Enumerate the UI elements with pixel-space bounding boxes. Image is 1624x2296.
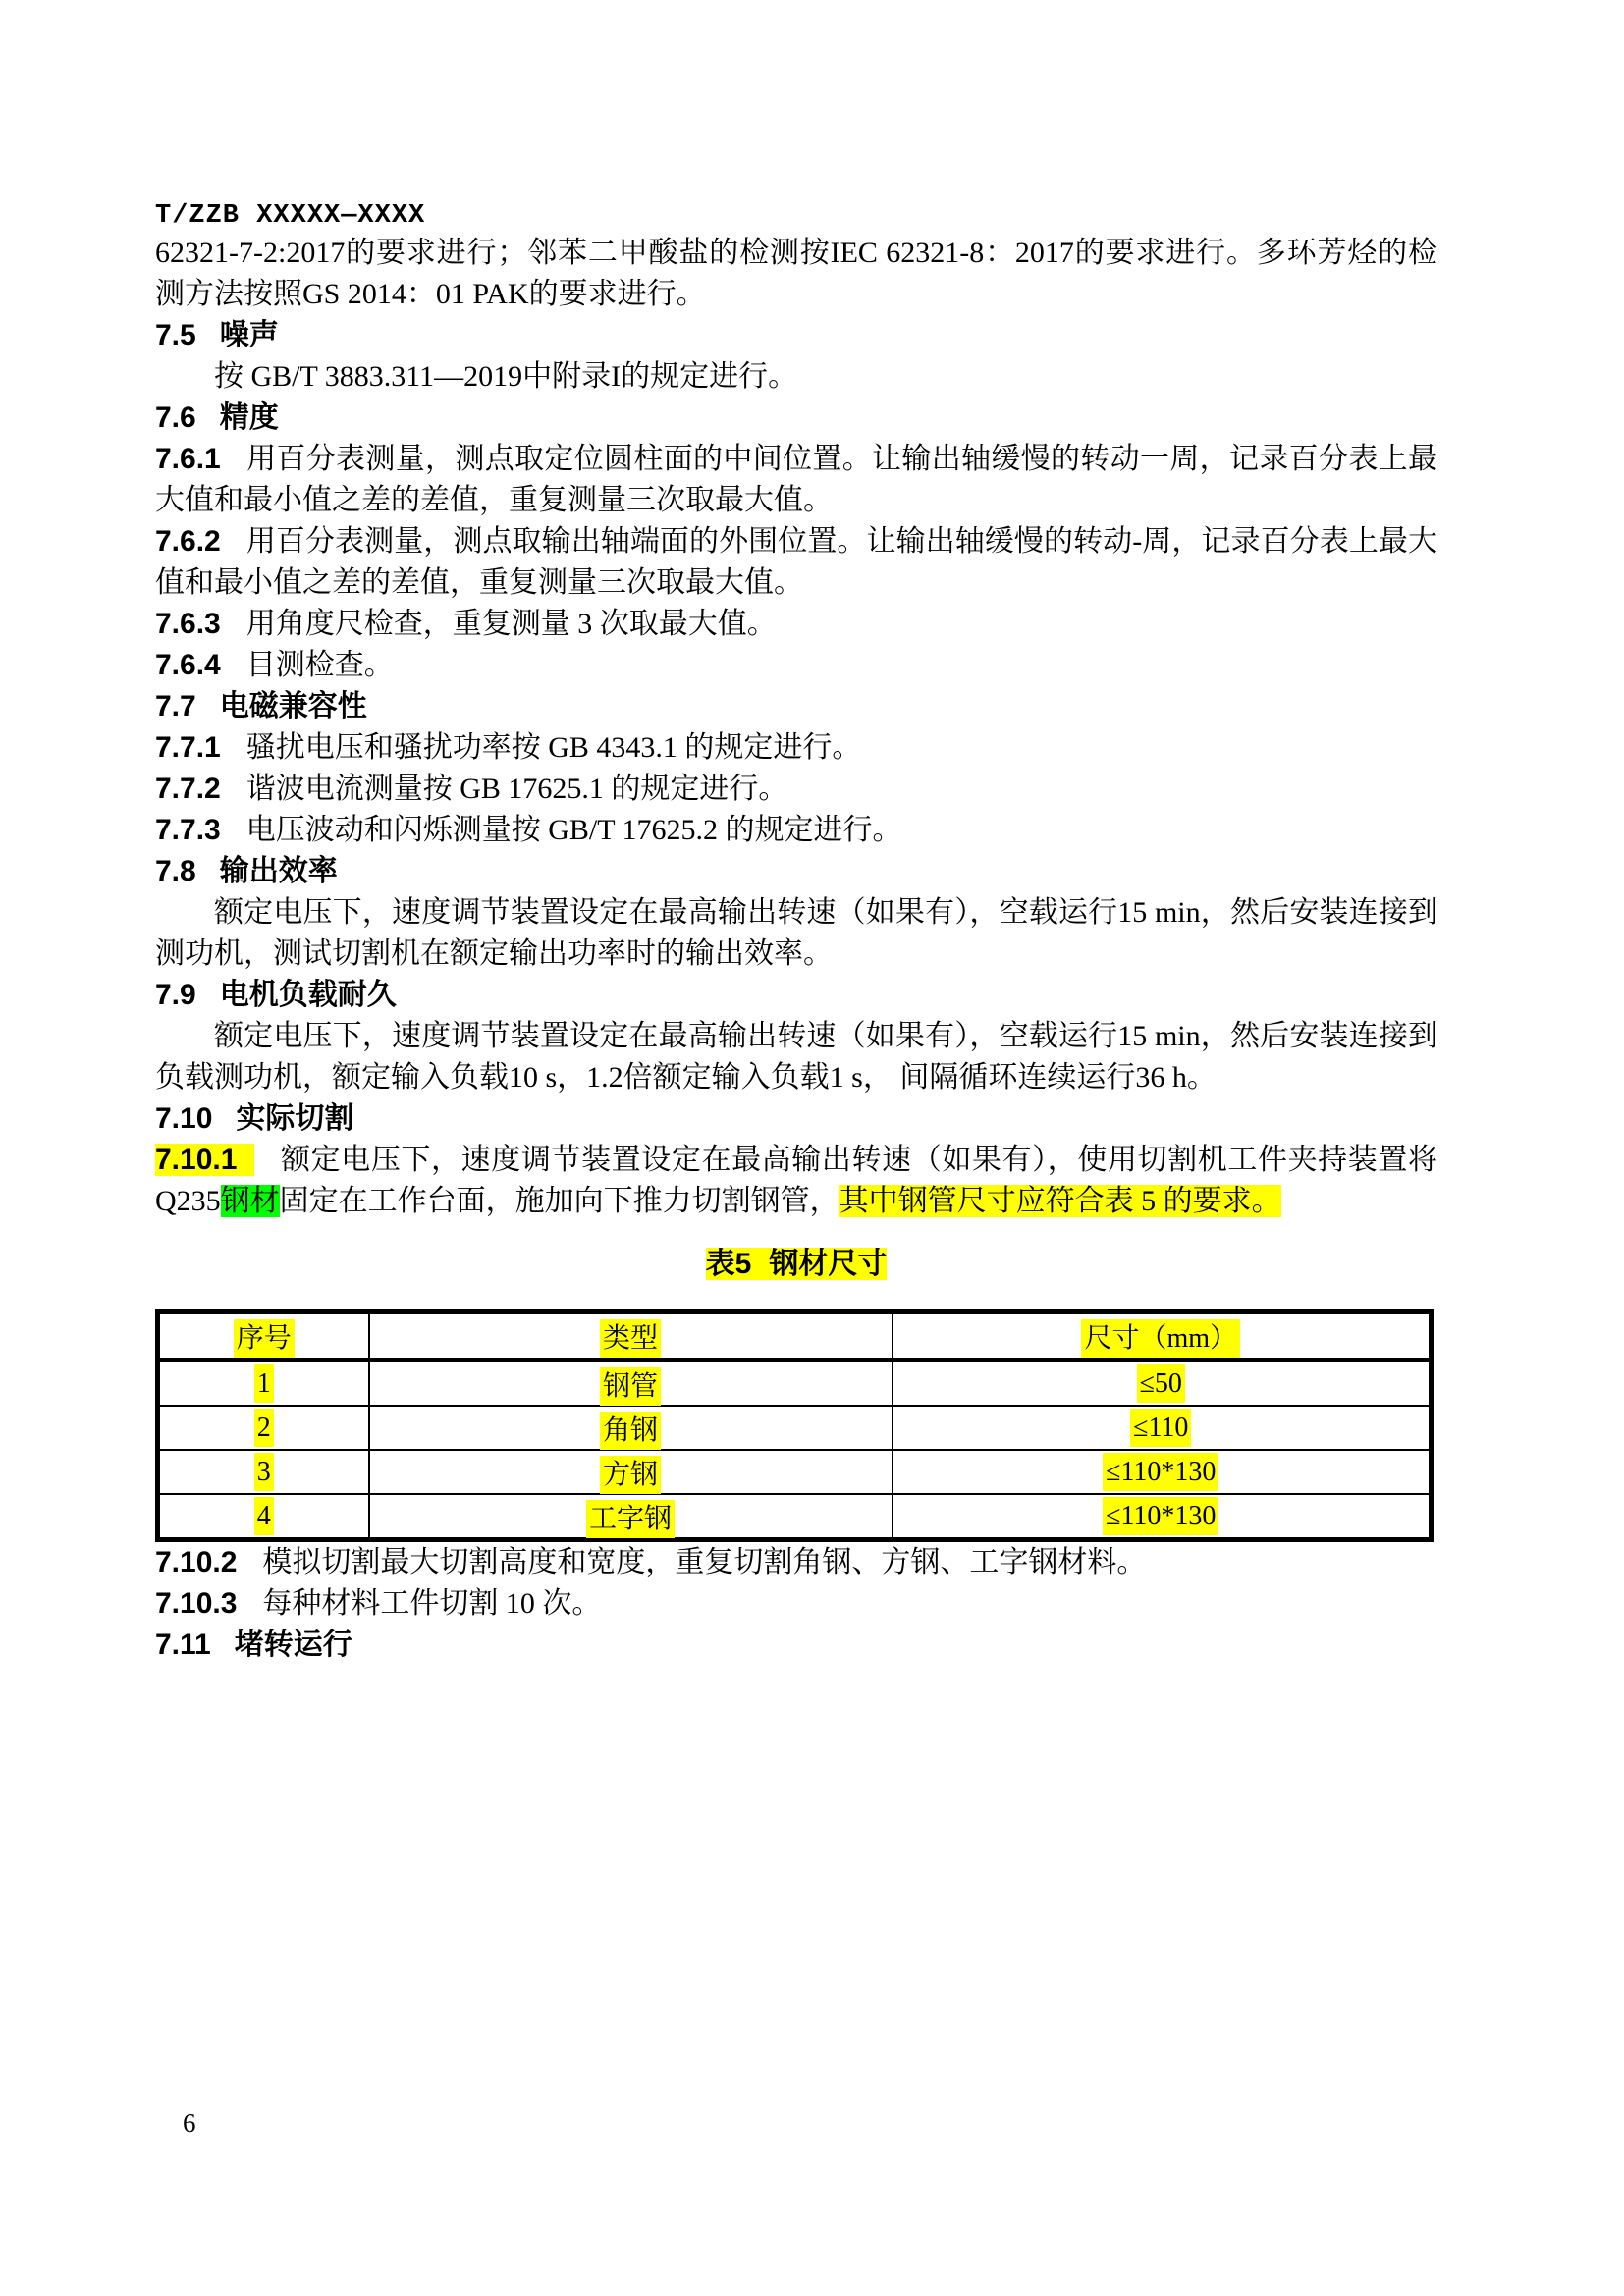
clause-text: 目测检查。 <box>246 649 394 681</box>
section-title: 电磁兼容性 <box>220 690 367 722</box>
table-cell: 4 <box>158 1494 369 1540</box>
clause-7-7-2: 7.7.2谐波电流测量按 GB 17625.1 的规定进行。 <box>155 769 1437 810</box>
document-page: T/ZZB XXXXX—XXXX 62321-7-2:2017的要求进行；邻苯二… <box>0 0 1624 2296</box>
section-title: 精度 <box>220 401 279 434</box>
clause-7-6-3: 7.6.3用角度尺检查，重复测量 3 次取最大值。 <box>155 604 1437 645</box>
clause-text: 骚扰电压和骚扰功率按 GB 4343.1 的规定进行。 <box>246 731 862 764</box>
table-row: 1 钢管 ≤50 <box>158 1361 1432 1407</box>
section-number: 7.6 <box>155 401 196 434</box>
clause-7-10-2: 7.10.2模拟切割最大切割高度和宽度，重复切割角钢、方钢、工字钢材料。 <box>155 1542 1437 1583</box>
clause-text: 用百分表测量，测点取定位圆柱面的中间位置。让输出轴缓慢的转动一周，记录百分表上最… <box>155 443 1437 516</box>
clause-7-10-1: 7.10.1额定电压下，速度调节装置设定在最高输出转速（如果有），使用切割机工件… <box>155 1140 1437 1222</box>
table-cell: 方钢 <box>369 1450 893 1494</box>
clause-7-7-3: 7.7.3电压波动和闪烁测量按 GB/T 17625.2 的规定进行。 <box>155 810 1437 851</box>
section-heading-7-5: 7.5噪声 <box>155 315 1437 356</box>
table-caption-label: 表5 <box>706 1248 752 1280</box>
section-number: 7.9 <box>155 979 196 1011</box>
section-number: 7.5 <box>155 319 196 351</box>
table-cell: 3 <box>158 1450 369 1494</box>
steel-size-table: 序号 类型 尺寸（mm） 1 钢管 ≤50 2 角钢 ≤110 3 <box>155 1309 1434 1542</box>
table-cell: 角钢 <box>369 1406 893 1450</box>
clause-number: 7.7.3 <box>155 814 221 846</box>
section-heading-7-10: 7.10实际切割 <box>155 1098 1437 1140</box>
clause-7-10-3: 7.10.3每种材料工件切割 10 次。 <box>155 1583 1437 1625</box>
table-cell: 工字钢 <box>369 1494 893 1540</box>
cell-text: 钢管 <box>600 1367 661 1406</box>
table-caption: 表5钢材尺寸 <box>155 1244 1437 1285</box>
table-row: 3 方钢 ≤110*130 <box>158 1450 1432 1494</box>
clause-number: 7.7.1 <box>155 731 221 764</box>
paragraph-7-8: 额定电压下，速度调节装置设定在最高输出转速（如果有），空载运行15 min，然后… <box>155 892 1437 975</box>
section-title: 电机负载耐久 <box>220 979 397 1011</box>
table-cell: 2 <box>158 1406 369 1450</box>
section-title: 堵转运行 <box>235 1629 352 1661</box>
table-caption-title: 钢材尺寸 <box>769 1248 887 1280</box>
section-heading-7-11: 7.11堵转运行 <box>155 1625 1437 1666</box>
section-heading-7-8: 7.8输出效率 <box>155 851 1437 892</box>
clause-number: 7.6.3 <box>155 608 221 640</box>
clause-number-highlighted: 7.10.1 <box>155 1144 254 1176</box>
table-row: 2 角钢 ≤110 <box>158 1406 1432 1450</box>
table-cell: ≤110 <box>893 1406 1432 1450</box>
paragraph-7-9: 额定电压下，速度调节装置设定在最高输出转速（如果有），空载运行15 min，然后… <box>155 1016 1437 1098</box>
clause-number: 7.7.2 <box>155 773 221 805</box>
page-content: T/ZZB XXXXX—XXXX 62321-7-2:2017的要求进行；邻苯二… <box>155 0 1437 1666</box>
clause-number: 7.6.4 <box>155 649 221 681</box>
cell-text: ≤110 <box>1130 1409 1191 1447</box>
header-text: 类型 <box>600 1319 661 1358</box>
section-title: 噪声 <box>220 319 279 351</box>
cell-text: ≤50 <box>1137 1364 1185 1403</box>
clause-text: 每种材料工件切割 10 次。 <box>262 1587 601 1620</box>
cell-text: ≤110*130 <box>1103 1497 1218 1535</box>
table-cell: 1 <box>158 1361 369 1407</box>
cell-text: 3 <box>254 1453 274 1491</box>
doc-code: T/ZZB XXXXX—XXXX <box>155 199 1437 233</box>
clause-text: 用百分表测量，测点取输出轴端面的外围位置。让输出轴缓慢的转动-周，记录百分表上最… <box>155 525 1437 599</box>
clause-number: 7.6.2 <box>155 525 221 558</box>
table-header-row: 序号 类型 尺寸（mm） <box>158 1312 1432 1361</box>
header-text: 序号 <box>234 1319 295 1358</box>
clause-text-segment: 固定在工作台面，施加向下推力切割钢管， <box>280 1185 839 1217</box>
page-number: 6 <box>183 2107 196 2140</box>
section-heading-7-6: 7.6精度 <box>155 398 1437 439</box>
table-header-cell: 尺寸（mm） <box>893 1312 1432 1361</box>
paragraph-7-5: 按 GB/T 3883.311—2019中附录I的规定进行。 <box>155 356 1437 398</box>
header-text: 尺寸（mm） <box>1081 1319 1240 1358</box>
clause-text-segment-green-highlight: 钢材 <box>221 1185 280 1217</box>
clause-number: 7.6.1 <box>155 443 221 475</box>
cell-text: 工字钢 <box>586 1500 675 1538</box>
cell-text: 4 <box>254 1497 274 1535</box>
intro-paragraph: 62321-7-2:2017的要求进行；邻苯二甲酸盐的检测按IEC 62321-… <box>155 233 1437 315</box>
cell-text: 1 <box>254 1364 274 1403</box>
section-number: 7.10 <box>155 1102 212 1135</box>
table-header-cell: 序号 <box>158 1312 369 1361</box>
cell-text: ≤110*130 <box>1103 1453 1218 1491</box>
table-cell: ≤110*130 <box>893 1450 1432 1494</box>
clause-number: 7.10.2 <box>155 1546 237 1578</box>
table-header-cell: 类型 <box>369 1312 893 1361</box>
section-title: 输出效率 <box>220 855 338 887</box>
section-title: 实际切割 <box>236 1102 353 1135</box>
table-cell: 钢管 <box>369 1361 893 1407</box>
clause-7-6-2: 7.6.2用百分表测量，测点取输出轴端面的外围位置。让输出轴缓慢的转动-周，记录… <box>155 521 1437 604</box>
section-number: 7.11 <box>155 1629 211 1661</box>
clause-7-6-4: 7.6.4目测检查。 <box>155 645 1437 686</box>
table-cell: ≤50 <box>893 1361 1432 1407</box>
clause-7-7-1: 7.7.1骚扰电压和骚扰功率按 GB 4343.1 的规定进行。 <box>155 727 1437 769</box>
table-cell: ≤110*130 <box>893 1494 1432 1540</box>
cell-text: 方钢 <box>600 1456 661 1494</box>
clause-text: 谐波电流测量按 GB 17625.1 的规定进行。 <box>246 773 788 805</box>
clause-7-6-1: 7.6.1用百分表测量，测点取定位圆柱面的中间位置。让输出轴缓慢的转动一周，记录… <box>155 439 1437 521</box>
section-heading-7-9: 7.9电机负载耐久 <box>155 975 1437 1016</box>
clause-text: 电压波动和闪烁测量按 GB/T 17625.2 的规定进行。 <box>246 814 902 846</box>
table-row: 4 工字钢 ≤110*130 <box>158 1494 1432 1540</box>
section-number: 7.8 <box>155 855 196 887</box>
clause-text: 用角度尺检查，重复测量 3 次取最大值。 <box>246 608 777 640</box>
clause-text: 模拟切割最大切割高度和宽度，重复切割角钢、方钢、工字钢材料。 <box>262 1546 1146 1578</box>
cell-text: 2 <box>254 1409 274 1447</box>
section-number: 7.7 <box>155 690 196 722</box>
clause-text-segment-yellow-highlight: 其中钢管尺寸应符合表 5 的要求。 <box>839 1185 1281 1217</box>
cell-text: 角钢 <box>600 1412 661 1450</box>
clause-number: 7.10.3 <box>155 1587 237 1620</box>
section-heading-7-7: 7.7电磁兼容性 <box>155 686 1437 727</box>
